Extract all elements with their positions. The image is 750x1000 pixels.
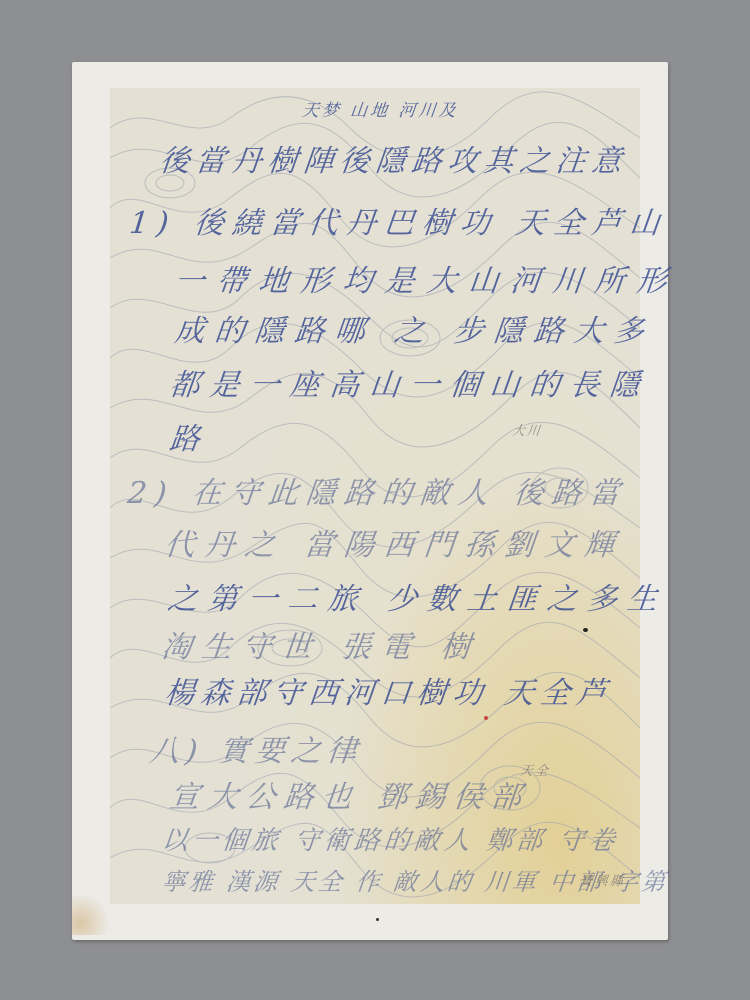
stain-mark: [72, 895, 112, 935]
marginal-note-1: 大川: [511, 420, 543, 439]
marginal-note-2: 天全: [519, 760, 551, 779]
marginal-note-3: 寶興縣: [579, 870, 626, 889]
text-line-7: 代丹之 當陽西門孫劉文輝: [163, 520, 627, 564]
text-line-8: 之第一二旅 少數土匪之多生: [166, 574, 670, 618]
text-line-10: 楊森部守西河口樹功 天全芦: [163, 668, 615, 712]
ink-dot-mark: [583, 628, 588, 632]
text-line-5: 路: [168, 414, 211, 458]
ink-dot-mount: [376, 918, 379, 921]
text-line-9: 淘生守世 張電 樹: [160, 622, 484, 666]
document-title: 後當丹樹陣後隱路攻其之注意: [158, 136, 631, 180]
text-line-3: 成的隱路哪 之 步隱路大多: [173, 306, 657, 350]
text-line-11: 八) 實要之律: [148, 726, 366, 770]
text-line-12: 宣大公路也 鄧錫侯部: [168, 772, 532, 816]
text-line-2: 一帶地形均是大山河川所形: [173, 256, 682, 300]
text-line-6: 2) 在守此隱路的敵人 後路當: [126, 468, 630, 512]
red-dot-mark: [484, 716, 488, 720]
text-line-4: 都是一座高山一個山的長隱: [168, 360, 653, 404]
top-annotation: 天梦 山地 河川及: [301, 96, 460, 121]
text-line-1: 1) 後繞當代丹巴樹功 天全芦山: [128, 198, 670, 242]
text-line-13: 以一個旅 守衛路的敵人 鄭部 守卷: [160, 820, 621, 857]
